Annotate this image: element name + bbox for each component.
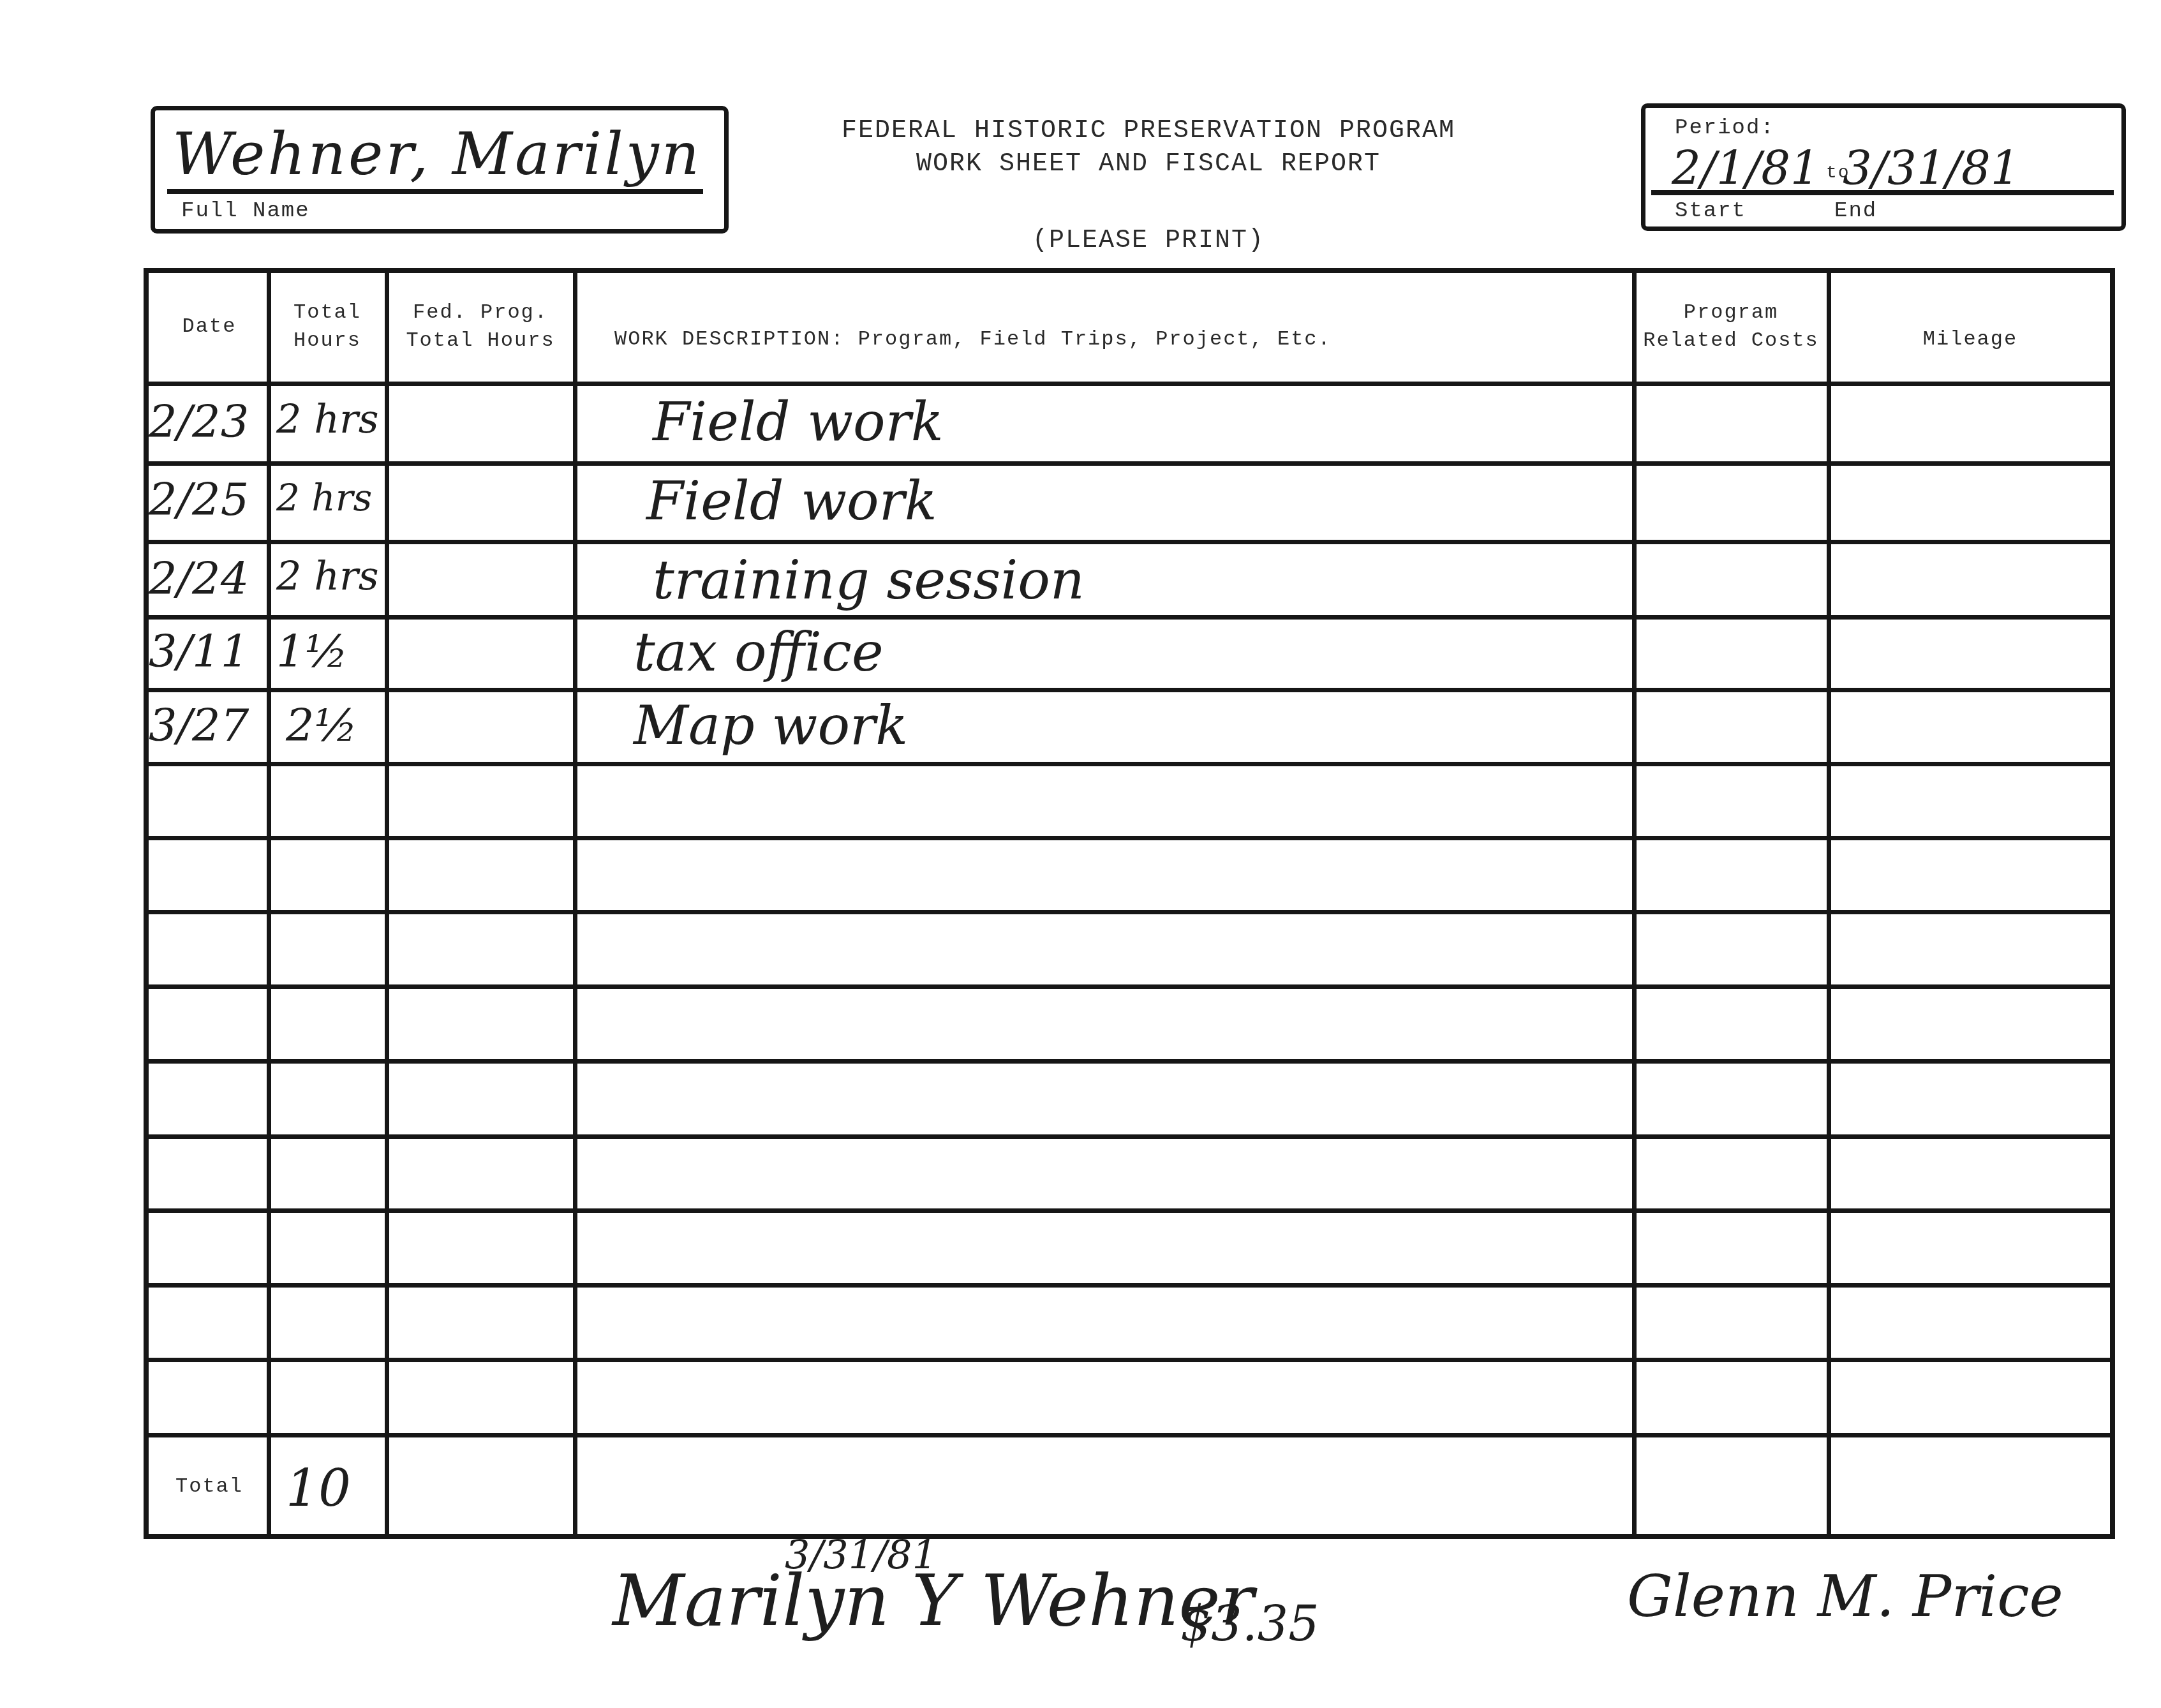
period-underline [1651,190,2114,195]
period-label: Period: [1675,116,1775,140]
date-cell[interactable]: 2/24 [149,553,249,605]
description-cell[interactable]: Field work [653,390,944,453]
description-cell[interactable]: Map work [634,694,908,757]
row-divider [149,615,2110,620]
period-start-label: Start [1675,199,1746,223]
date-cell[interactable]: 2/25 [149,473,249,526]
column-header-fed-prog-hours: Fed. Prog. Total Hours [391,299,570,355]
period-start-value[interactable]: 2/1/81 [1672,142,1820,195]
row-divider [149,1059,2110,1064]
full-name-label: Full Name [181,199,310,223]
row-divider [149,1134,2110,1139]
row-divider [149,688,2110,692]
description-cell[interactable]: training session [653,549,1085,611]
total-hours-value[interactable]: 10 [286,1459,351,1518]
period-end-value[interactable]: 3/31/81 [1843,142,2020,195]
report-title: WORK SHEET AND FISCAL REPORT [829,148,1467,181]
row-divider [149,1358,2110,1362]
volunteer-signature: Marilyn Y Wehner [613,1560,1254,1642]
column-header-date: Date [155,313,264,341]
row-divider [149,1208,2110,1213]
row-divider [149,1283,2110,1288]
row-divider [149,910,2110,914]
full-name-underline [167,189,703,194]
row-divider [149,762,2110,766]
column-header-work-description: WORK DESCRIPTION: Program, Field Trips, … [589,325,1508,353]
period-end-label: End [1834,199,1877,223]
row-divider [149,540,2110,544]
amount-value: $3.35 [1180,1595,1319,1652]
row-divider [149,984,2110,989]
total-hours-cell[interactable]: 2 hrs [276,396,379,442]
total-hours-cell[interactable]: 2½ [286,699,357,752]
column-header-total-hours: Total Hours [273,299,382,355]
row-divider [149,382,2110,386]
full-name-value[interactable]: Wehner, Marilyn [172,120,702,188]
column-header-mileage: Mileage [1833,325,2107,353]
total-hours-cell[interactable]: 2 hrs [276,476,372,519]
total-label: Total [155,1473,264,1501]
total-hours-cell[interactable]: 1½ [276,625,348,678]
row-divider [149,836,2110,840]
row-divider [149,1433,2110,1437]
date-cell[interactable]: 3/27 [149,699,249,752]
form-title: FEDERAL HISTORIC PRESERVATION PROGRAM WO… [829,115,1467,181]
date-cell[interactable]: 3/11 [149,625,249,678]
approver-signature: Glenn M. Price [1627,1563,2063,1630]
column-header-program-costs: Program Related Costs [1638,299,1823,355]
row-divider [149,461,2110,466]
work-sheet-table: Date Total Hours Fed. Prog. Total Hours … [144,268,2115,1539]
please-print-instruction: (PLEASE PRINT) [829,226,1467,255]
description-cell[interactable]: Field work [646,470,937,532]
program-title: FEDERAL HISTORIC PRESERVATION PROGRAM [829,115,1467,148]
date-cell[interactable]: 2/23 [149,396,249,448]
description-cell[interactable]: tax office [634,621,884,683]
total-hours-cell[interactable]: 2 hrs [276,553,379,599]
